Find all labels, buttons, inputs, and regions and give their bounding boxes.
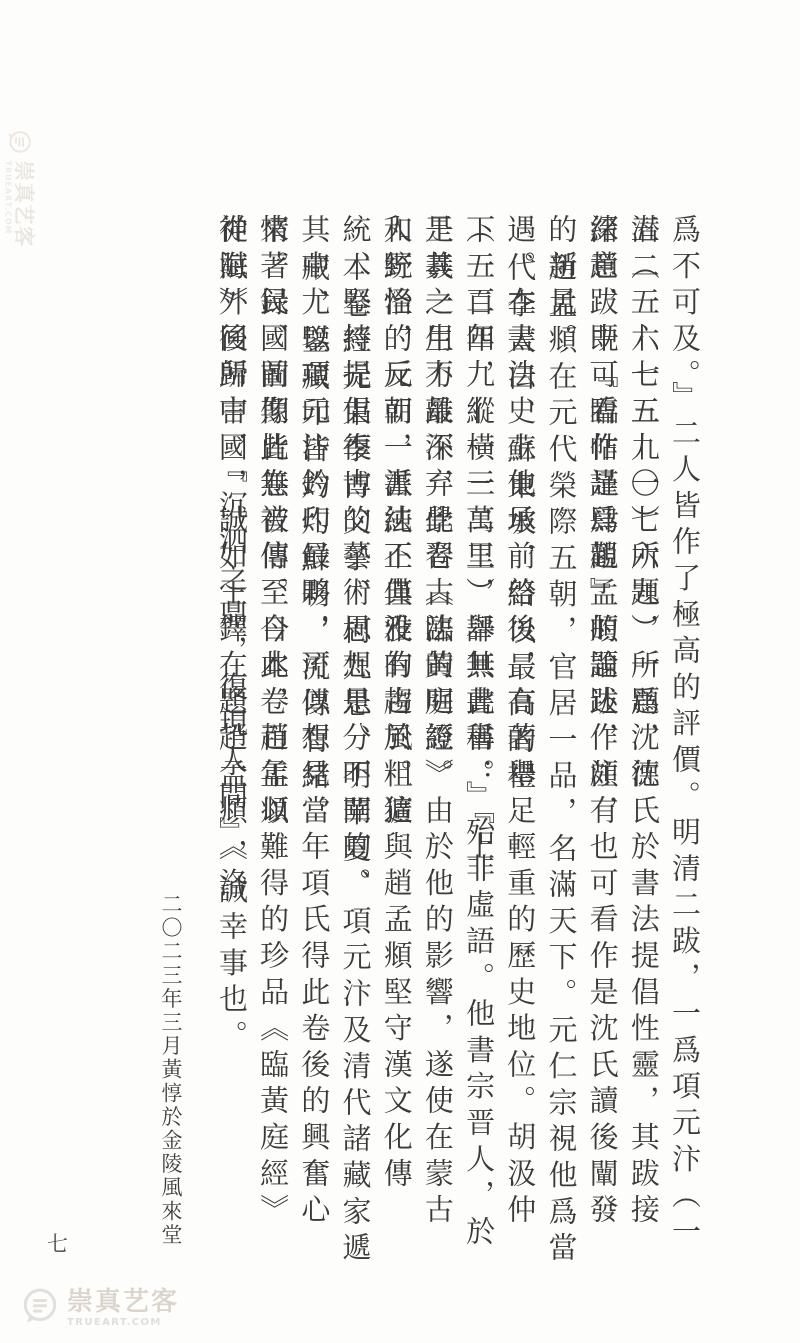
text-column: 爲不可及。』二人皆作了極高的評價。明清二跋，一爲項元汴（一五二五—一五九〇）所題… (664, 214, 705, 1264)
chat-bubble-lines-icon (20, 1286, 60, 1330)
chat-bubble-lines-icon (3, 129, 33, 156)
text-column: 趙孟頫在元代榮際五朝，官居一品，名滿天下。元仁宗視他爲當代李太白、蘇東坡，給以最… (540, 214, 581, 1302)
document-page: 崇真艺客 TRUEART.COM 爲不可及。』二人皆作了極高的評價。明清二跋，一… (0, 0, 800, 1343)
signature-line: 二〇二三年三月黃惇於金陵風來堂 (157, 893, 185, 1247)
watermark-url-text: TRUEART.COM (3, 161, 11, 248)
article-text: 爲不可及。』二人皆作了極高的評價。明清二跋，一爲項元汴（一五二五—一五九〇）所題… (211, 214, 705, 1264)
watermark-top: 崇真艺客 TRUEART.COM (3, 129, 33, 248)
watermark-url-text: TRUEART.COM (67, 1318, 179, 1328)
watermark-brand-text: 崇真艺客 (67, 1289, 179, 1315)
page-number: 七 (47, 1228, 68, 1258)
watermark-brand-text: 崇真艺客 (13, 161, 33, 248)
watermark-bottom: 崇真艺客 TRUEART.COM (20, 1286, 179, 1330)
